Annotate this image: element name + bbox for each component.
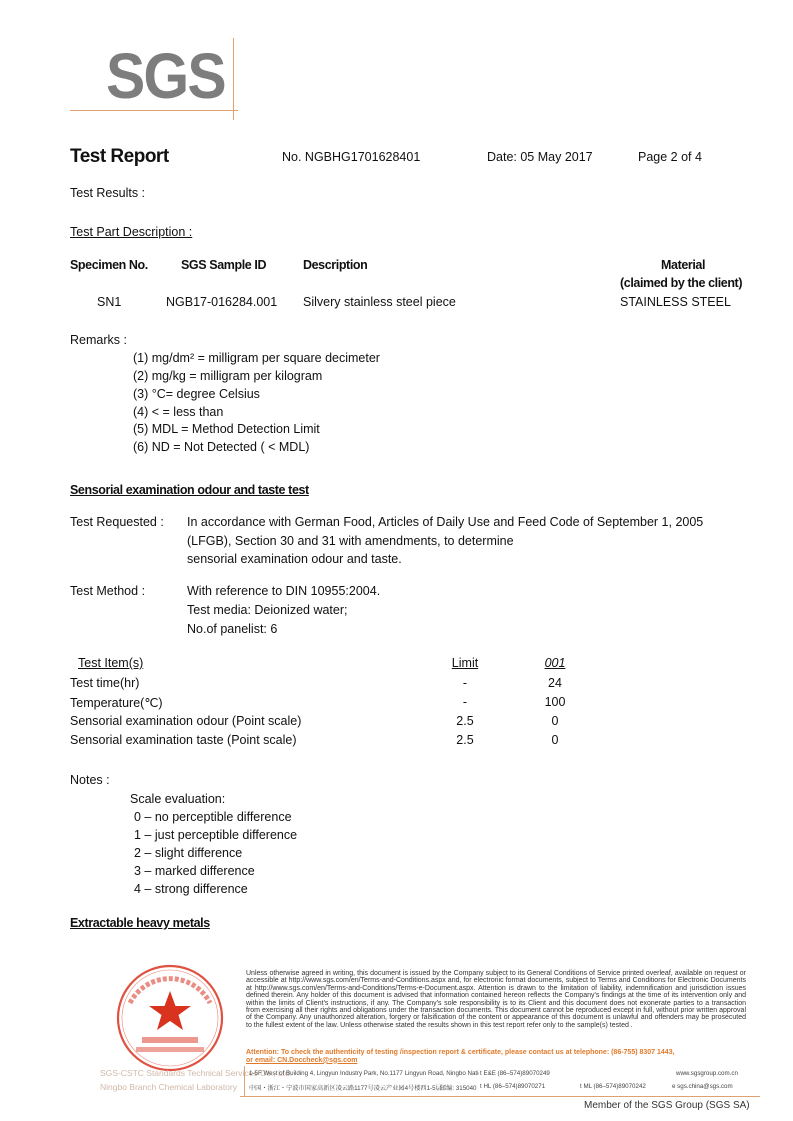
cell-item: Test time(hr) (70, 676, 139, 690)
scale-item: 3 – marked difference (134, 864, 255, 878)
test-requested-label: Test Requested : (70, 515, 164, 529)
remark-item: (4) < = less than (133, 405, 223, 419)
report-title: Test Report (70, 146, 169, 168)
remark-item: (1) mg/dm² = milligram per square decime… (133, 351, 380, 365)
test-method-line: No.of panelist: 6 (187, 622, 277, 636)
report-number: No. NGBHG1701628401 (282, 150, 420, 164)
remark-item: (5) MDL = Method Detection Limit (133, 422, 320, 436)
tel-hl: t HL (86–574)89070271 (480, 1083, 545, 1090)
cell-value: 100 (520, 695, 590, 709)
test-method-label: Test Method : (70, 584, 145, 598)
cell-value: 0 (520, 733, 590, 747)
authenticity-email[interactable]: or email: CN.Doccheck@sgs.com (246, 1057, 675, 1065)
test-requested-line: sensorial examination odour and taste. (187, 552, 402, 566)
cell-description: Silvery stainless steel piece (303, 295, 456, 309)
address-en: 1-5F West of Building 4, Lingyun Industr… (249, 1070, 479, 1077)
col-specimen: Specimen No. (70, 258, 148, 272)
scale-item: 4 – strong difference (134, 882, 248, 896)
logo-rule-vertical (233, 38, 234, 120)
test-requested-line: In accordance with German Food, Articles… (187, 515, 703, 529)
col-test-item: Test Item(s) (78, 656, 143, 670)
cell-limit: 2.5 (430, 714, 500, 728)
address-cn: 中国・浙江・宁波市国家高新区凌云路1177号凌云产业园4号楼西1-5层 (249, 1083, 442, 1092)
col-material: Material (661, 258, 705, 272)
remark-item: (3) °C= degree Celsius (133, 387, 260, 401)
footer-rule-horizontal (240, 1096, 760, 1097)
remarks-label: Remarks : (70, 333, 127, 347)
col-sample-001: 001 (520, 656, 590, 670)
contact-email[interactable]: e sgs.china@sgs.com (672, 1083, 733, 1090)
cell-material: STAINLESS STEEL (620, 295, 731, 309)
cell-limit: - (430, 695, 500, 709)
heavy-metals-heading: Extractable heavy metals (70, 916, 210, 930)
scale-item: 1 – just perceptible difference (134, 828, 297, 842)
cell-item: Temperature(℃) (70, 695, 163, 710)
col-material-sub: (claimed by the client) (620, 276, 742, 290)
col-sample-id: SGS Sample ID (181, 258, 266, 272)
cell-item: Sensorial examination odour (Point scale… (70, 714, 301, 728)
postcode-cn: 邮编: 315040 (440, 1083, 476, 1092)
legal-disclaimer: Unless otherwise agreed in writing, this… (246, 970, 746, 1029)
sensorial-heading: Sensorial examination odour and taste te… (70, 483, 309, 497)
cell-item: Sensorial examination taste (Point scale… (70, 733, 297, 747)
test-part-heading: Test Part Description : (70, 225, 192, 239)
scale-item: 0 – no perceptible difference (134, 810, 292, 824)
branch-lab: Ningbo Branch Chemical Laboratory (100, 1082, 237, 1092)
website-link[interactable]: www.sgsgroup.com.cn (676, 1070, 738, 1077)
remark-item: (6) ND = Not Detected ( < MDL) (133, 440, 309, 454)
logo-rule-horizontal (70, 110, 238, 111)
authenticity-notice: Attention: To check the authenticity of … (246, 1049, 675, 1064)
test-requested-line: (LFGB), Section 30 and 31 with amendment… (187, 534, 514, 548)
test-results-label: Test Results : (70, 186, 145, 200)
cell-limit: - (430, 676, 500, 690)
cell-sample-id: NGB17-016284.001 (166, 295, 277, 309)
cell-specimen: SN1 (97, 295, 121, 309)
scale-title: Scale evaluation: (130, 792, 225, 806)
test-method-line: With reference to DIN 10955:2004. (187, 584, 380, 598)
authenticity-line: Attention: To check the authenticity of … (246, 1049, 675, 1057)
test-method-line: Test media: Deionized water; (187, 603, 348, 617)
report-date: Date: 05 May 2017 (487, 150, 593, 164)
logo-text: SGS (106, 38, 225, 114)
cell-limit: 2.5 (430, 733, 500, 747)
notes-label: Notes : (70, 773, 110, 787)
tel-ee: t E&E (86–574)89070249 (480, 1070, 550, 1077)
cell-value: 24 (520, 676, 590, 690)
cell-value: 0 (520, 714, 590, 728)
col-limit: Limit (430, 656, 500, 670)
sgs-logo: SGS (70, 38, 240, 118)
scale-item: 2 – slight difference (134, 846, 242, 860)
stamp-seal-icon (100, 963, 240, 1073)
sgs-member-note: Member of the SGS Group (SGS SA) (584, 1100, 750, 1111)
tel-ml: t ML (86–574)89070242 (580, 1083, 646, 1090)
remark-item: (2) mg/kg = milligram per kilogram (133, 369, 322, 383)
page-indicator: Page 2 of 4 (638, 150, 702, 164)
company-stamp (100, 963, 240, 1073)
col-description: Description (303, 258, 367, 272)
footer-rule-vertical (244, 1066, 245, 1096)
